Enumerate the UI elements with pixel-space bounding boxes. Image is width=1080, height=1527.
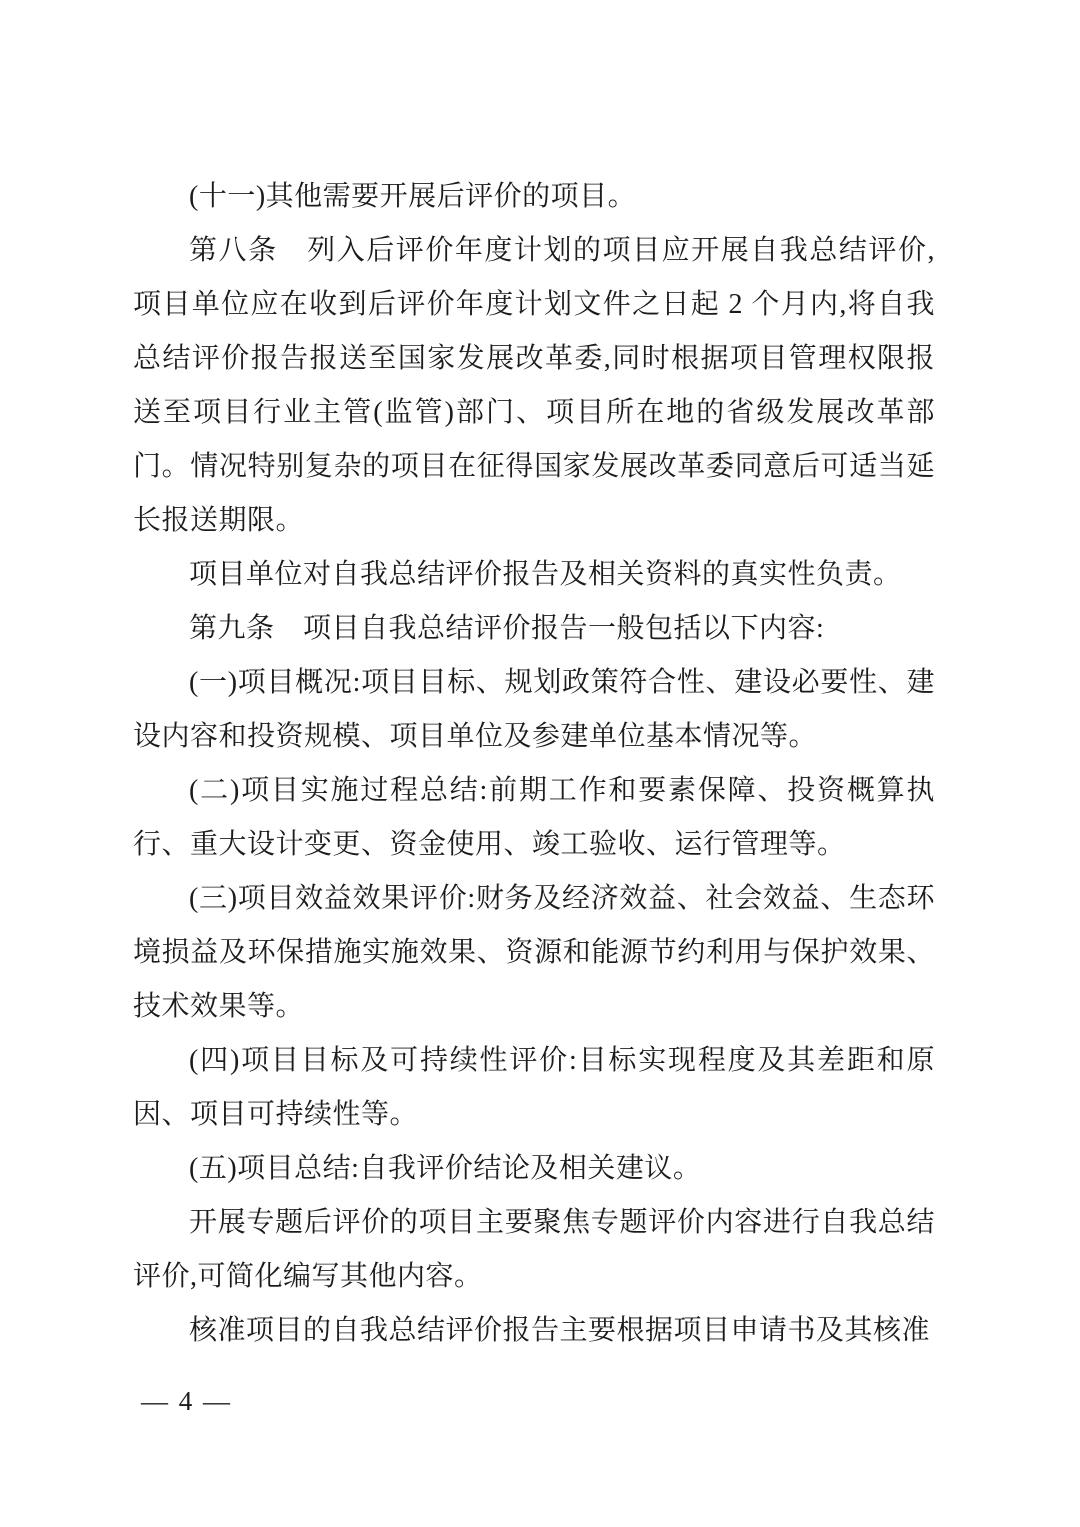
paragraph: 第八条 列入后评价年度计划的项目应开展自我总结评价,项目单位应在收到后评价年度计… <box>133 224 935 548</box>
paragraph: 第九条 项目自我总结评价报告一般包括以下内容: <box>133 602 935 656</box>
paragraph: (四)项目目标及可持续性评价:目标实现程度及其差距和原因、项目可持续性等。 <box>133 1034 935 1142</box>
paragraph: (五)项目总结:自我评价结论及相关建议。 <box>133 1142 935 1196</box>
document-body: (十一)其他需要开展后评价的项目。第八条 列入后评价年度计划的项目应开展自我总结… <box>133 170 935 1358</box>
paragraph: (二)项目实施过程总结:前期工作和要素保障、投资概算执行、重大设计变更、资金使用… <box>133 764 935 872</box>
paragraph: (一)项目概况:项目目标、规划政策符合性、建设必要性、建设内容和投资规模、项目单… <box>133 656 935 764</box>
paragraph: (三)项目效益效果评价:财务及经济效益、社会效益、生态环境损益及环保措施实施效果… <box>133 872 935 1034</box>
paragraph: 项目单位对自我总结评价报告及相关资料的真实性负责。 <box>133 548 935 602</box>
document-page: (十一)其他需要开展后评价的项目。第八条 列入后评价年度计划的项目应开展自我总结… <box>0 0 1080 1527</box>
page-number: — 4 — <box>141 1381 232 1421</box>
paragraph: 核准项目的自我总结评价报告主要根据项目申请书及其核准 <box>133 1304 935 1358</box>
paragraph: 开展专题后评价的项目主要聚焦专题评价内容进行自我总结评价,可简化编写其他内容。 <box>133 1196 935 1304</box>
paragraph: (十一)其他需要开展后评价的项目。 <box>133 170 935 224</box>
